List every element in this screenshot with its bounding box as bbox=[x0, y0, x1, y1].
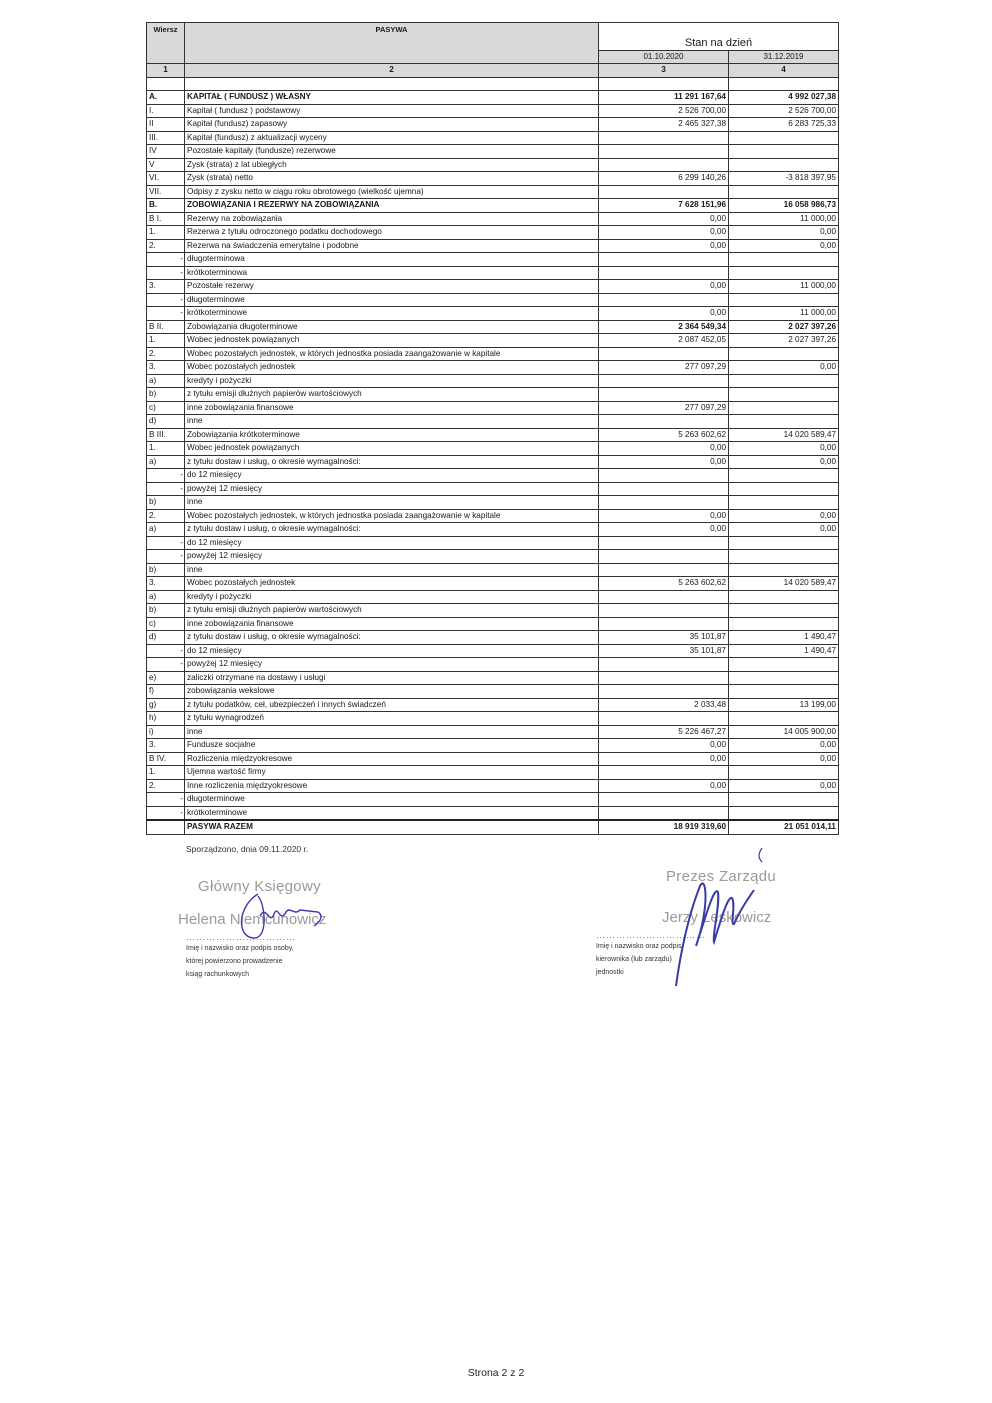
value-2019: 2 027 397,26 bbox=[729, 320, 839, 334]
value-2019 bbox=[729, 617, 839, 631]
table-row: -powyżej 12 miesięcy bbox=[147, 482, 839, 496]
table-row: -krótkoterminowe bbox=[147, 806, 839, 820]
value-2020 bbox=[599, 617, 729, 631]
table-row: III.Kapitał (fundusz) z aktualizacji wyc… bbox=[147, 131, 839, 145]
row-label: PASYWA RAZEM bbox=[185, 820, 599, 834]
row-label: Odpisy z zysku netto w ciągu roku obroto… bbox=[185, 185, 599, 199]
row-code: f) bbox=[147, 685, 185, 699]
row-label: Rezerwy na zobowiązania bbox=[185, 212, 599, 226]
table-row: B.ZOBOWIĄZANIA I REZERWY NA ZOBOWIĄZANIA… bbox=[147, 199, 839, 213]
value-2019 bbox=[729, 712, 839, 726]
stamp-title: Prezes Zarządu bbox=[666, 868, 846, 885]
table-row: c)inne zobowiązania finansowe bbox=[147, 617, 839, 631]
row-label: kredyty i pożyczki bbox=[185, 590, 599, 604]
table-row: b)inne bbox=[147, 496, 839, 510]
table-row: d)inne bbox=[147, 415, 839, 429]
table-row: h)z tytułu wynagrodzeń bbox=[147, 712, 839, 726]
row-label: do 12 miesięcy bbox=[185, 469, 599, 483]
value-2019: 21 051 014,11 bbox=[729, 820, 839, 834]
row-label: Rezerwa z tytułu odroczonego podatku doc… bbox=[185, 226, 599, 240]
value-2020: 0,00 bbox=[599, 239, 729, 253]
value-2020 bbox=[599, 347, 729, 361]
table-row: -długoterminowe bbox=[147, 793, 839, 807]
value-2020: 2 526 700,00 bbox=[599, 104, 729, 118]
row-code: - bbox=[147, 482, 185, 496]
row-label: Zobowiązania długoterminowe bbox=[185, 320, 599, 334]
row-code: c) bbox=[147, 401, 185, 415]
table-row: 1.Rezerwa z tytułu odroczonego podatku d… bbox=[147, 226, 839, 240]
row-code: - bbox=[147, 253, 185, 267]
value-2020 bbox=[599, 496, 729, 510]
row-label: z tytułu dostaw i usług, o okresie wymag… bbox=[185, 523, 599, 537]
value-2019 bbox=[729, 496, 839, 510]
value-2019 bbox=[729, 685, 839, 699]
row-label: inne bbox=[185, 415, 599, 429]
table-row: VI.Zysk (strata) netto6 299 140,26-3 818… bbox=[147, 172, 839, 186]
value-2020: 0,00 bbox=[599, 455, 729, 469]
value-2019: 0,00 bbox=[729, 779, 839, 793]
value-2020: 0,00 bbox=[599, 739, 729, 753]
row-code: - bbox=[147, 293, 185, 307]
value-2020 bbox=[599, 482, 729, 496]
row-code: - bbox=[147, 793, 185, 807]
row-code: b) bbox=[147, 563, 185, 577]
row-code: 1. bbox=[147, 766, 185, 780]
row-code: 1. bbox=[147, 226, 185, 240]
table-row: -powyżej 12 miesięcy bbox=[147, 658, 839, 672]
table-row: 2.Rezerwa na świadczenia emerytalne i po… bbox=[147, 239, 839, 253]
table-row: d)z tytułu dostaw i usług, o okresie wym… bbox=[147, 631, 839, 645]
signature-caption: Imię i nazwisko oraz podpis osoby, które… bbox=[186, 942, 418, 981]
row-code: B. bbox=[147, 199, 185, 213]
table-row: B III.Zobowiązania krótkoterminowe5 263 … bbox=[147, 428, 839, 442]
value-2019 bbox=[729, 793, 839, 807]
table-row: a)z tytułu dostaw i usług, o okresie wym… bbox=[147, 523, 839, 537]
row-label: zaliczki otrzymane na dostawy i usługi bbox=[185, 671, 599, 685]
value-2020 bbox=[599, 806, 729, 820]
value-2020: 0,00 bbox=[599, 509, 729, 523]
row-label: z tytułu dostaw i usług, o okresie wymag… bbox=[185, 455, 599, 469]
row-code: - bbox=[147, 644, 185, 658]
table-row: -krótkoterminowe0,0011 000,00 bbox=[147, 307, 839, 321]
row-label: Kapitał (fundusz) z aktualizacji wyceny bbox=[185, 131, 599, 145]
row-label: powyżej 12 miesięcy bbox=[185, 658, 599, 672]
value-2020 bbox=[599, 415, 729, 429]
liabilities-table: Wiersz PASYWA Stan na dzień 01.10.2020 3… bbox=[146, 22, 839, 835]
header-pasywa: PASYWA bbox=[185, 23, 599, 64]
value-2019 bbox=[729, 158, 839, 172]
value-2019: -3 818 397,95 bbox=[729, 172, 839, 186]
row-label: do 12 miesięcy bbox=[185, 536, 599, 550]
row-code: 3. bbox=[147, 577, 185, 591]
value-2020 bbox=[599, 550, 729, 564]
row-code: a) bbox=[147, 455, 185, 469]
row-code: a) bbox=[147, 523, 185, 537]
row-label: z tytułu podatków, ceł, ubezpieczeń i in… bbox=[185, 698, 599, 712]
table-row: -krótkoterminowa bbox=[147, 266, 839, 280]
signature-block-chief-accountant: Główny Księgowy Helena Niemcunowicz …………… bbox=[178, 878, 418, 981]
table-row: 3.Wobec pozostałych jednostek5 263 602,6… bbox=[147, 577, 839, 591]
value-2019: 0,00 bbox=[729, 752, 839, 766]
value-2020: 11 291 167,64 bbox=[599, 91, 729, 105]
value-2019 bbox=[729, 536, 839, 550]
value-2020: 0,00 bbox=[599, 752, 729, 766]
prepared-date: Sporządzono, dnia 09.11.2020 r. bbox=[186, 844, 308, 854]
row-code: g) bbox=[147, 698, 185, 712]
table-row: B I.Rezerwy na zobowiązania0,0011 000,00 bbox=[147, 212, 839, 226]
row-code bbox=[147, 820, 185, 834]
value-2019 bbox=[729, 185, 839, 199]
value-2019 bbox=[729, 806, 839, 820]
header-stan-na-dzien: Stan na dzień bbox=[599, 23, 839, 51]
row-label: Wobec jednostek powiązanych bbox=[185, 334, 599, 348]
row-label: długoterminowe bbox=[185, 793, 599, 807]
signature-line: …………………………… bbox=[186, 932, 418, 942]
row-code: - bbox=[147, 658, 185, 672]
row-code: 2. bbox=[147, 239, 185, 253]
row-code: B IV. bbox=[147, 752, 185, 766]
value-2019 bbox=[729, 766, 839, 780]
row-label: Wobec jednostek powiązanych bbox=[185, 442, 599, 456]
value-2019: 2 526 700,00 bbox=[729, 104, 839, 118]
value-2020: 5 263 602,62 bbox=[599, 577, 729, 591]
table-row: 3.Pozostałe rezerwy0,0011 000,00 bbox=[147, 280, 839, 294]
value-2019: 0,00 bbox=[729, 455, 839, 469]
value-2019 bbox=[729, 266, 839, 280]
value-2019: 14 020 589,47 bbox=[729, 428, 839, 442]
table-row: f)zobowiązania wekslowe bbox=[147, 685, 839, 699]
row-label: krótkoterminowe bbox=[185, 806, 599, 820]
value-2020: 0,00 bbox=[599, 779, 729, 793]
value-2019: 16 058 986,73 bbox=[729, 199, 839, 213]
table-row: 2.Wobec pozostałych jednostek, w których… bbox=[147, 347, 839, 361]
row-label: długoterminowe bbox=[185, 293, 599, 307]
header-col-number: 2 bbox=[185, 64, 599, 78]
value-2020 bbox=[599, 563, 729, 577]
total-row: PASYWA RAZEM18 919 319,6021 051 014,11 bbox=[147, 820, 839, 834]
table-row: IIKapitał (fundusz) zapasowy2 465 327,38… bbox=[147, 118, 839, 132]
row-label: Ujemna wartość firmy bbox=[185, 766, 599, 780]
value-2020 bbox=[599, 131, 729, 145]
row-code: B I. bbox=[147, 212, 185, 226]
value-2019 bbox=[729, 482, 839, 496]
table-row: a)z tytułu dostaw i usług, o okresie wym… bbox=[147, 455, 839, 469]
balance-sheet-liabilities: Wiersz PASYWA Stan na dzień 01.10.2020 3… bbox=[146, 22, 838, 835]
value-2020: 2 087 452,05 bbox=[599, 334, 729, 348]
table-row: 3.Wobec pozostałych jednostek277 097,290… bbox=[147, 361, 839, 375]
value-2020: 2 364 549,34 bbox=[599, 320, 729, 334]
table-row: 1.Wobec jednostek powiązanych0,000,00 bbox=[147, 442, 839, 456]
value-2020: 0,00 bbox=[599, 226, 729, 240]
table-row: -długoterminowe bbox=[147, 293, 839, 307]
table-row: g)z tytułu podatków, ceł, ubezpieczeń i … bbox=[147, 698, 839, 712]
row-code: A. bbox=[147, 91, 185, 105]
row-code: c) bbox=[147, 617, 185, 631]
value-2020 bbox=[599, 185, 729, 199]
row-label: inne bbox=[185, 725, 599, 739]
value-2020: 277 097,29 bbox=[599, 361, 729, 375]
row-label: kredyty i pożyczki bbox=[185, 374, 599, 388]
table-row: 2.Inne rozliczenia międzyokresowe0,000,0… bbox=[147, 779, 839, 793]
value-2020 bbox=[599, 388, 729, 402]
value-2020 bbox=[599, 604, 729, 618]
value-2019 bbox=[729, 374, 839, 388]
row-code: b) bbox=[147, 604, 185, 618]
table-row: 2.Wobec pozostałych jednostek, w których… bbox=[147, 509, 839, 523]
table-row: VII.Odpisy z zysku netto w ciągu roku ob… bbox=[147, 185, 839, 199]
row-label: inne zobowiązania finansowe bbox=[185, 617, 599, 631]
row-code: VI. bbox=[147, 172, 185, 186]
value-2019: 4 992 027,38 bbox=[729, 91, 839, 105]
row-code: 3. bbox=[147, 739, 185, 753]
value-2020: 0,00 bbox=[599, 280, 729, 294]
value-2020: 18 919 319,60 bbox=[599, 820, 729, 834]
row-label: ZOBOWIĄZANIA I REZERWY NA ZOBOWIĄZANIA bbox=[185, 199, 599, 213]
value-2020: 5 226 467,27 bbox=[599, 725, 729, 739]
value-2019 bbox=[729, 347, 839, 361]
value-2019: 0,00 bbox=[729, 442, 839, 456]
row-code: 2. bbox=[147, 347, 185, 361]
value-2019 bbox=[729, 550, 839, 564]
table-row: VZysk (strata) z lat ubiegłych bbox=[147, 158, 839, 172]
value-2020: 7 628 151,96 bbox=[599, 199, 729, 213]
value-2020 bbox=[599, 374, 729, 388]
row-label: krótkoterminowe bbox=[185, 307, 599, 321]
table-row: 1.Wobec jednostek powiązanych2 087 452,0… bbox=[147, 334, 839, 348]
value-2020 bbox=[599, 158, 729, 172]
table-row: A.KAPITAŁ ( FUNDUSZ ) WŁASNY11 291 167,6… bbox=[147, 91, 839, 105]
value-2019: 0,00 bbox=[729, 739, 839, 753]
value-2019 bbox=[729, 415, 839, 429]
row-code: VII. bbox=[147, 185, 185, 199]
stamp-title: Główny Księgowy bbox=[198, 878, 418, 895]
stamp-name: Helena Niemcunowicz bbox=[178, 911, 418, 928]
row-code: b) bbox=[147, 388, 185, 402]
table-row: b)z tytułu emisji dłużnych papierów wart… bbox=[147, 388, 839, 402]
value-2019: 11 000,00 bbox=[729, 212, 839, 226]
value-2019: 1 490,47 bbox=[729, 631, 839, 645]
row-code: d) bbox=[147, 415, 185, 429]
row-label: krótkoterminowa bbox=[185, 266, 599, 280]
value-2020 bbox=[599, 253, 729, 267]
value-2019: 0,00 bbox=[729, 361, 839, 375]
row-label: z tytułu dostaw i usług, o okresie wymag… bbox=[185, 631, 599, 645]
row-label: zobowiązania wekslowe bbox=[185, 685, 599, 699]
value-2020: 0,00 bbox=[599, 523, 729, 537]
value-2020 bbox=[599, 536, 729, 550]
value-2020: 5 263 602,62 bbox=[599, 428, 729, 442]
value-2020: 277 097,29 bbox=[599, 401, 729, 415]
value-2019: 11 000,00 bbox=[729, 280, 839, 294]
row-code: - bbox=[147, 806, 185, 820]
header-col-number: 4 bbox=[729, 64, 839, 78]
row-code: - bbox=[147, 536, 185, 550]
row-label: inne zobowiązania finansowe bbox=[185, 401, 599, 415]
row-code: a) bbox=[147, 374, 185, 388]
value-2020: 2 465 327,38 bbox=[599, 118, 729, 132]
row-label: długoterminowa bbox=[185, 253, 599, 267]
row-code: d) bbox=[147, 631, 185, 645]
table-row: e)zaliczki otrzymane na dostawy i usługi bbox=[147, 671, 839, 685]
table-row: 3.Fundusze socjalne0,000,00 bbox=[147, 739, 839, 753]
table-row: b)z tytułu emisji dłużnych papierów wart… bbox=[147, 604, 839, 618]
value-2019 bbox=[729, 590, 839, 604]
value-2019: 14 005 900,00 bbox=[729, 725, 839, 739]
row-code: - bbox=[147, 469, 185, 483]
value-2020 bbox=[599, 658, 729, 672]
signature-caption: Imię i nazwisko oraz podpis kierownika (… bbox=[596, 940, 846, 979]
table-row: c)inne zobowiązania finansowe277 097,29 bbox=[147, 401, 839, 415]
row-label: Pozostałe rezerwy bbox=[185, 280, 599, 294]
table-row: -do 12 miesięcy bbox=[147, 536, 839, 550]
value-2019: 6 283 725,33 bbox=[729, 118, 839, 132]
value-2019 bbox=[729, 253, 839, 267]
value-2019: 0,00 bbox=[729, 523, 839, 537]
row-label: Zobowiązania krótkoterminowe bbox=[185, 428, 599, 442]
row-code: - bbox=[147, 550, 185, 564]
signature-line: …………………………… bbox=[596, 930, 846, 940]
row-label: Rezerwa na świadczenia emerytalne i podo… bbox=[185, 239, 599, 253]
value-2019: 2 027 397,26 bbox=[729, 334, 839, 348]
row-code: B III. bbox=[147, 428, 185, 442]
value-2020 bbox=[599, 671, 729, 685]
table-row: 1.Ujemna wartość firmy bbox=[147, 766, 839, 780]
row-label: Zysk (strata) z lat ubiegłych bbox=[185, 158, 599, 172]
row-label: Rozliczenia międzyokresowe bbox=[185, 752, 599, 766]
row-label: Pozostałe kapitały (fundusze) rezerwowe bbox=[185, 145, 599, 159]
row-code: 2. bbox=[147, 779, 185, 793]
row-label: inne bbox=[185, 496, 599, 510]
value-2019: 14 020 589,47 bbox=[729, 577, 839, 591]
table-row: i)inne5 226 467,2714 005 900,00 bbox=[147, 725, 839, 739]
table-row: -do 12 miesięcy bbox=[147, 469, 839, 483]
value-2019: 0,00 bbox=[729, 239, 839, 253]
value-2019 bbox=[729, 401, 839, 415]
row-label: Wobec pozostałych jednostek, w których j… bbox=[185, 509, 599, 523]
value-2020 bbox=[599, 266, 729, 280]
value-2019 bbox=[729, 604, 839, 618]
value-2019 bbox=[729, 293, 839, 307]
value-2020 bbox=[599, 685, 729, 699]
row-label: Kapitał (fundusz) zapasowy bbox=[185, 118, 599, 132]
table-row: -powyżej 12 miesięcy bbox=[147, 550, 839, 564]
row-code: - bbox=[147, 307, 185, 321]
row-code: i) bbox=[147, 725, 185, 739]
row-label: Zysk (strata) netto bbox=[185, 172, 599, 186]
value-2019 bbox=[729, 671, 839, 685]
row-code: 2. bbox=[147, 509, 185, 523]
value-2020 bbox=[599, 766, 729, 780]
value-2019 bbox=[729, 131, 839, 145]
value-2020: 0,00 bbox=[599, 307, 729, 321]
signature-block-ceo: Prezes Zarządu Jerzy Leskowicz ………………………… bbox=[596, 868, 846, 979]
row-code: 1. bbox=[147, 442, 185, 456]
row-code: II bbox=[147, 118, 185, 132]
value-2019: 11 000,00 bbox=[729, 307, 839, 321]
value-2020: 6 299 140,26 bbox=[599, 172, 729, 186]
value-2019 bbox=[729, 563, 839, 577]
header-date-previous: 31.12.2019 bbox=[729, 50, 839, 63]
value-2020: 0,00 bbox=[599, 442, 729, 456]
row-label: Fundusze socjalne bbox=[185, 739, 599, 753]
table-row: b)inne bbox=[147, 563, 839, 577]
stamp-name: Jerzy Leskowicz bbox=[662, 909, 846, 926]
value-2020 bbox=[599, 712, 729, 726]
row-code: h) bbox=[147, 712, 185, 726]
row-code: IV bbox=[147, 145, 185, 159]
value-2020: 35 101,87 bbox=[599, 631, 729, 645]
value-2020 bbox=[599, 590, 729, 604]
table-row: I.Kapitał ( fundusz ) podstawowy2 526 70… bbox=[147, 104, 839, 118]
header-col-number: 1 bbox=[147, 64, 185, 78]
value-2019 bbox=[729, 388, 839, 402]
row-label: powyżej 12 miesięcy bbox=[185, 482, 599, 496]
row-label: z tytułu emisji dłużnych papierów wartoś… bbox=[185, 388, 599, 402]
row-label: KAPITAŁ ( FUNDUSZ ) WŁASNY bbox=[185, 91, 599, 105]
value-2019 bbox=[729, 469, 839, 483]
value-2020 bbox=[599, 469, 729, 483]
table-row: -długoterminowa bbox=[147, 253, 839, 267]
row-code: V bbox=[147, 158, 185, 172]
header-col-number: 3 bbox=[599, 64, 729, 78]
row-code: - bbox=[147, 266, 185, 280]
row-code: e) bbox=[147, 671, 185, 685]
row-label: Inne rozliczenia międzyokresowe bbox=[185, 779, 599, 793]
value-2019: 1 490,47 bbox=[729, 644, 839, 658]
row-label: Kapitał ( fundusz ) podstawowy bbox=[185, 104, 599, 118]
row-code: III. bbox=[147, 131, 185, 145]
row-label: z tytułu emisji dłużnych papierów wartoś… bbox=[185, 604, 599, 618]
value-2020 bbox=[599, 793, 729, 807]
row-code: 3. bbox=[147, 361, 185, 375]
row-code: b) bbox=[147, 496, 185, 510]
row-label: powyżej 12 miesięcy bbox=[185, 550, 599, 564]
header-date-current: 01.10.2020 bbox=[599, 50, 729, 63]
row-code: I. bbox=[147, 104, 185, 118]
row-code: B II. bbox=[147, 320, 185, 334]
row-code: a) bbox=[147, 590, 185, 604]
value-2019 bbox=[729, 145, 839, 159]
table-row: -do 12 miesięcy35 101,871 490,47 bbox=[147, 644, 839, 658]
row-label: do 12 miesięcy bbox=[185, 644, 599, 658]
header-row-code: Wiersz bbox=[147, 23, 185, 64]
value-2020 bbox=[599, 293, 729, 307]
value-2020 bbox=[599, 145, 729, 159]
row-label: inne bbox=[185, 563, 599, 577]
value-2019: 0,00 bbox=[729, 509, 839, 523]
table-row: a)kredyty i pożyczki bbox=[147, 590, 839, 604]
page-number: Strona 2 z 2 bbox=[0, 1367, 992, 1379]
row-label: Wobec pozostałych jednostek, w których j… bbox=[185, 347, 599, 361]
row-label: Wobec pozostałych jednostek bbox=[185, 577, 599, 591]
row-label: Wobec pozostałych jednostek bbox=[185, 361, 599, 375]
value-2020: 2 033,48 bbox=[599, 698, 729, 712]
value-2019: 13 199,00 bbox=[729, 698, 839, 712]
table-row: IVPozostałe kapitały (fundusze) rezerwow… bbox=[147, 145, 839, 159]
row-label: z tytułu wynagrodzeń bbox=[185, 712, 599, 726]
row-code: 3. bbox=[147, 280, 185, 294]
value-2019: 0,00 bbox=[729, 226, 839, 240]
row-code: 1. bbox=[147, 334, 185, 348]
table-row: B IV.Rozliczenia międzyokresowe0,000,00 bbox=[147, 752, 839, 766]
value-2020: 0,00 bbox=[599, 212, 729, 226]
value-2020: 35 101,87 bbox=[599, 644, 729, 658]
spacer-row bbox=[147, 77, 839, 91]
table-row: B II.Zobowiązania długoterminowe2 364 54… bbox=[147, 320, 839, 334]
table-row: a)kredyty i pożyczki bbox=[147, 374, 839, 388]
value-2019 bbox=[729, 658, 839, 672]
